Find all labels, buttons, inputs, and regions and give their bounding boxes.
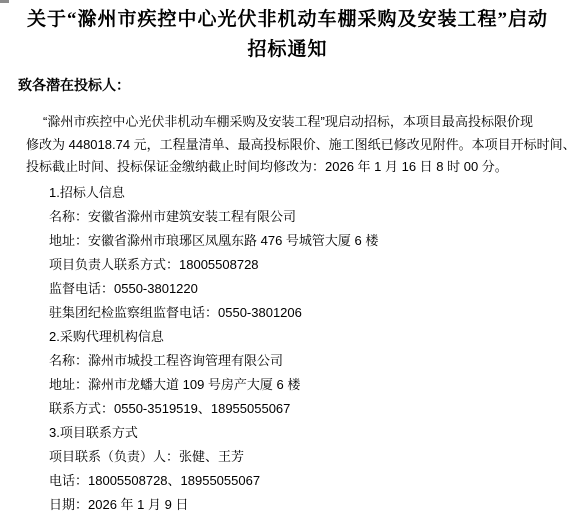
project-leader-contact-line: 项目负责人联系方式：18005508728 xyxy=(49,253,559,277)
paragraph-line: 投标截止时间、投标保证金缴纳截止时间均修改为：2026 年 1 月 16 日 8… xyxy=(26,156,533,179)
agency-address-line: 地址：滁州市龙蟠大道 109 号房产大厦 6 楼 xyxy=(49,373,559,397)
corner-artifact xyxy=(0,0,9,3)
title-line-1: 关于“滁州市疾控中心光伏非机动车棚采购及安装工程”启动 xyxy=(0,5,575,35)
paragraph-line: 修改为 448018.74 元，工程量清单、最高投标限价、施工图纸已修改见附件。… xyxy=(26,134,533,157)
supervision-phone-line: 监督电话：0550-3801220 xyxy=(49,277,559,301)
title-line-2: 招标通知 xyxy=(0,35,575,65)
date-line: 日期：2026 年 1 月 9 日 xyxy=(49,493,559,517)
section-2-heading: 2.采购代理机构信息 xyxy=(49,325,559,349)
document-title: 关于“滁州市疾控中心光伏非机动车棚采购及安装工程”启动 招标通知 xyxy=(0,5,575,65)
body-paragraph: “滁州市疾控中心光伏非机动车棚采购及安装工程”现启动招标，本项目最高投标限价现 … xyxy=(26,111,533,179)
discipline-supervision-phone-line: 驻集团纪检监察组监督电话：0550-3801206 xyxy=(49,301,559,325)
section-1-heading: 1.招标人信息 xyxy=(49,181,559,205)
agency-contact-line: 联系方式：0550-3519519、18955055067 xyxy=(49,397,559,421)
bidder-address-line: 地址：安徽省滁州市琅琊区凤凰东路 476 号城管大厦 6 楼 xyxy=(49,229,559,253)
bidder-name-line: 名称：安徽省滁州市建筑安装工程有限公司 xyxy=(49,205,559,229)
salutation: 致各潜在投标人： xyxy=(18,77,130,93)
section-3-heading: 3.项目联系方式 xyxy=(49,421,559,445)
tender-notice-document: 关于“滁州市疾控中心光伏非机动车棚采购及安装工程”启动 招标通知 致各潜在投标人… xyxy=(0,0,575,528)
paragraph-line: “滁州市疾控中心光伏非机动车棚采购及安装工程”现启动招标，本项目最高投标限价现 xyxy=(26,111,533,134)
agency-name-line: 名称：滁州市城投工程咨询管理有限公司 xyxy=(49,349,559,373)
project-contact-person-line: 项目联系（负责）人：张健、王芳 xyxy=(49,445,559,469)
contact-phone-line: 电话：18005508728、18955055067 xyxy=(49,469,559,493)
details-list: 1.招标人信息 名称：安徽省滁州市建筑安装工程有限公司 地址：安徽省滁州市琅琊区… xyxy=(49,181,559,517)
